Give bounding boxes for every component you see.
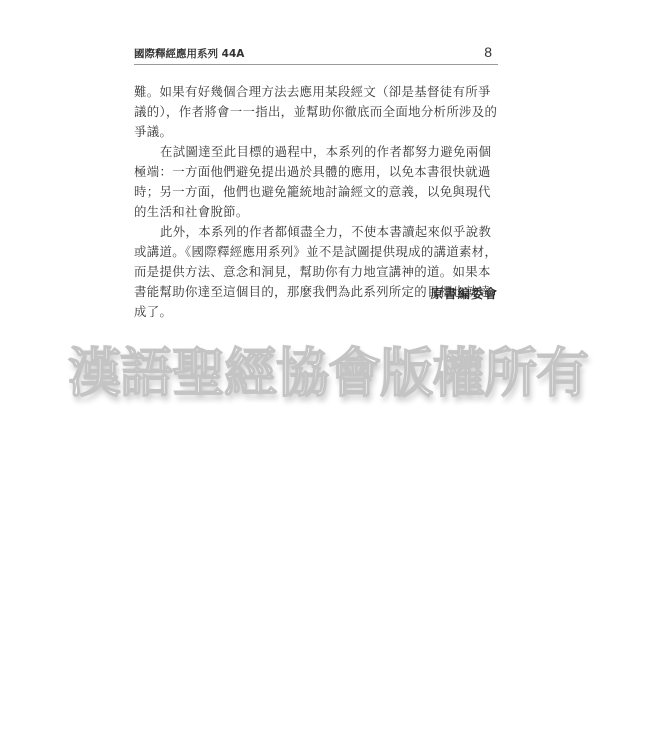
signature-editorial-board: 原書編委會 xyxy=(420,284,498,302)
paragraph-2: 在試圖達至此目標的過程中，本系列的作者都努力避免兩個極端：一方面他們避免提出過於… xyxy=(134,142,502,222)
paragraph-1: 難。如果有好幾個合理方法去應用某段經文（卻是基督徒有所爭議的），作者將會一一指出… xyxy=(134,82,502,142)
running-header: 國際釋經應用系列 44A 8 xyxy=(134,44,498,65)
paragraph-3: 此外，本系列的作者都傾盡全力，不使本書讀起來似乎說教或講道。《國際釋經應用系列》… xyxy=(134,222,502,322)
page-number: 8 xyxy=(484,44,492,60)
copyright-watermark: 漢語聖經協會版權所有 xyxy=(68,338,578,410)
series-title: 國際釋經應用系列 44A xyxy=(134,46,244,61)
